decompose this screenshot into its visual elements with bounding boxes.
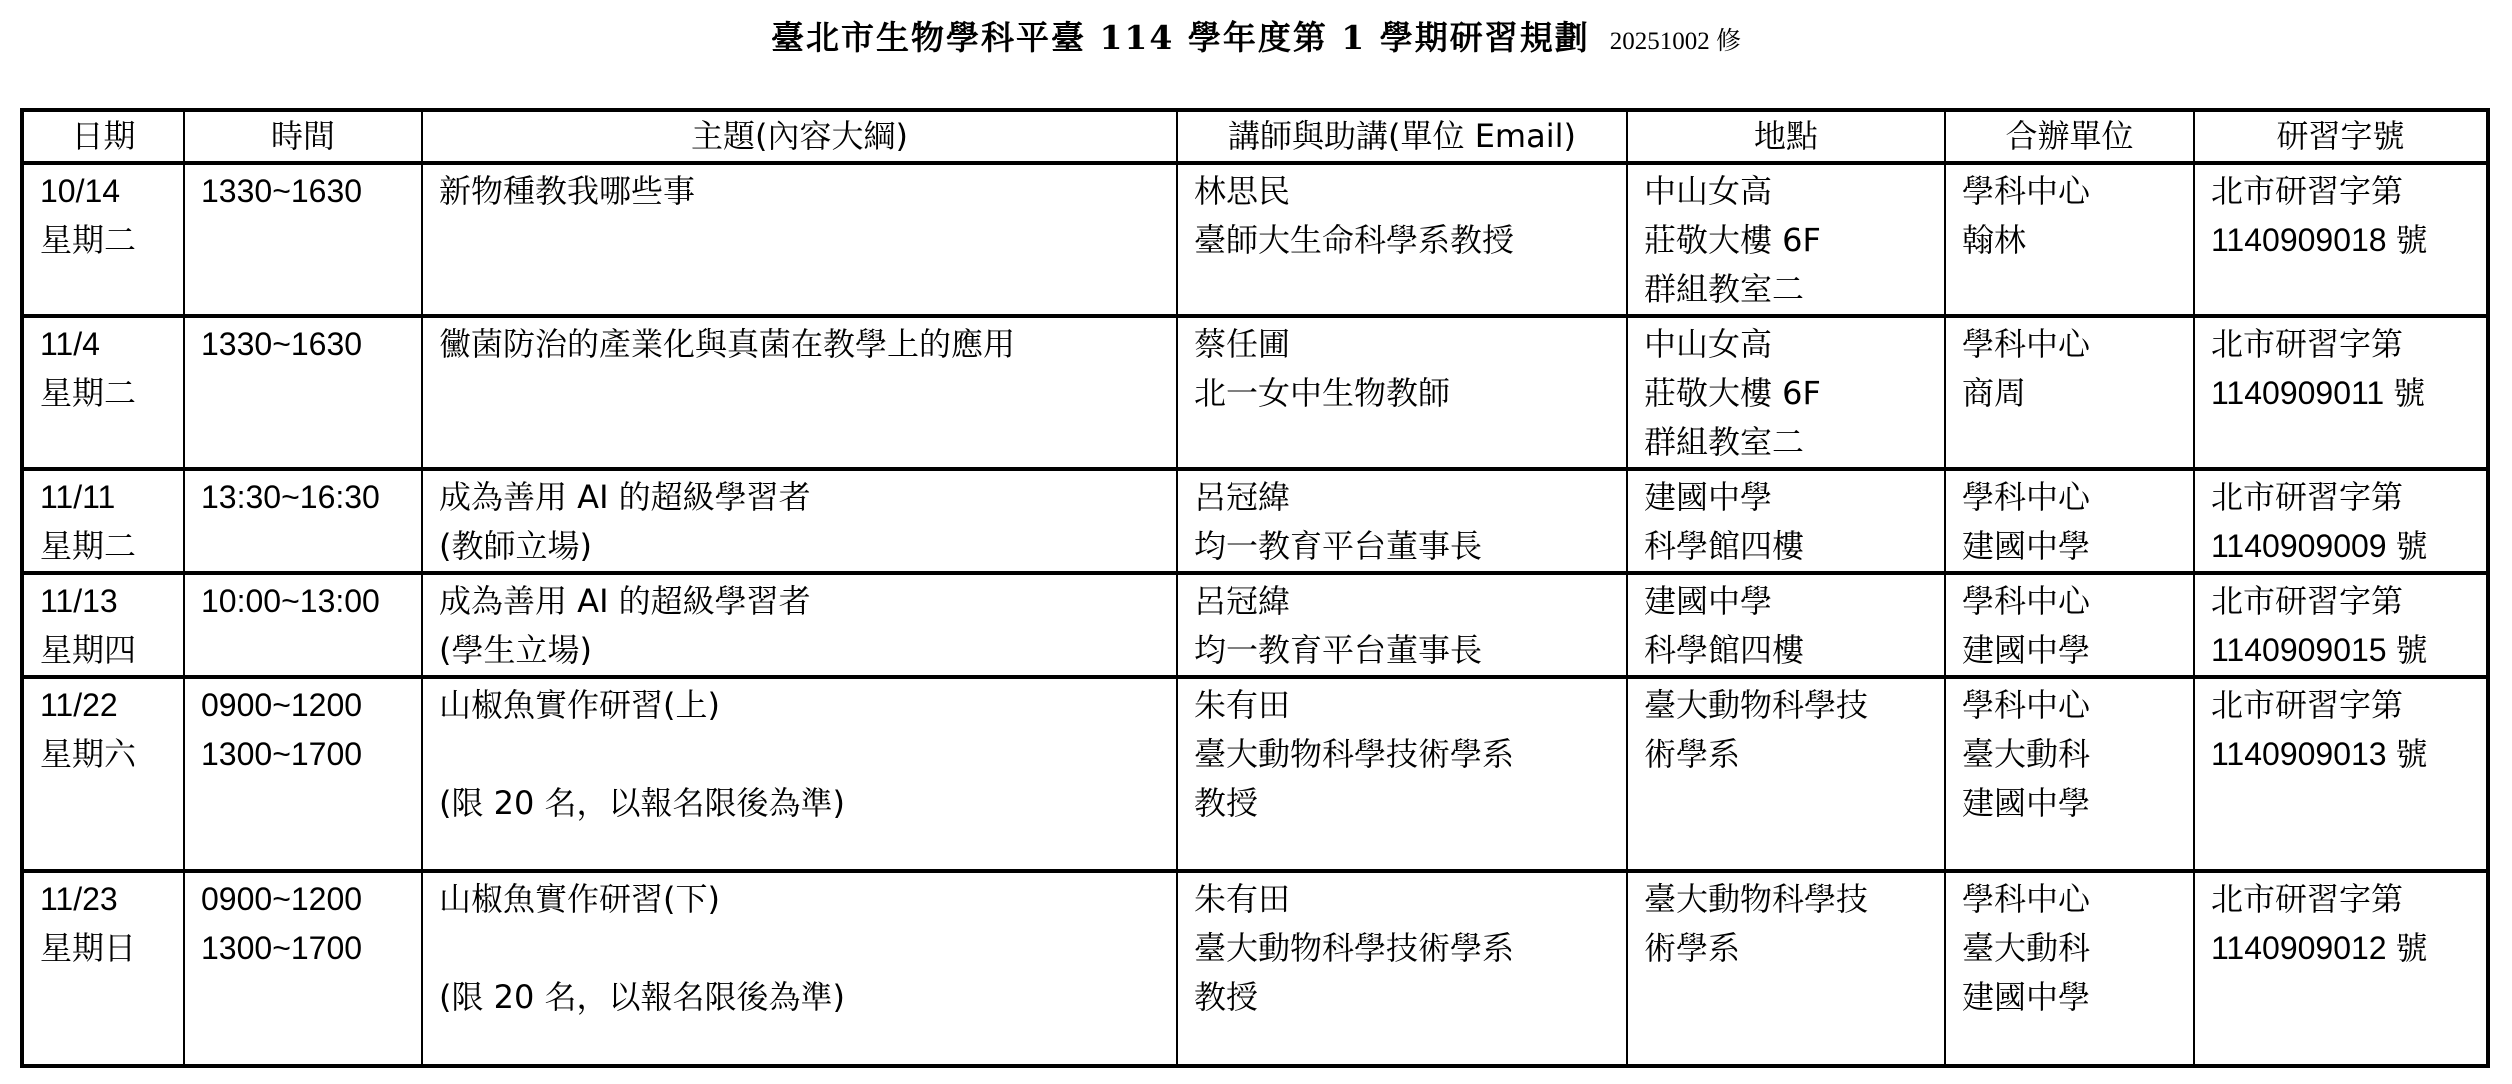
lecturer-name: 呂冠緯 bbox=[1194, 577, 1610, 626]
lecturer-title: 教授 bbox=[1194, 973, 1610, 1022]
cell-topic: 成為善用 AI 的超級學習者 (教師立場) bbox=[422, 469, 1177, 573]
cell-code: 北市研習字第 1140909011 號 bbox=[2194, 316, 2488, 469]
co-organizer-line: 學科中心 bbox=[1962, 681, 2177, 730]
table-row: 11/13 星期四 10:00~13:00 成為善用 AI 的超級學習者 (學生… bbox=[22, 573, 2488, 677]
table-row: 11/11 星期二 13:30~16:30 成為善用 AI 的超級學習者 (教師… bbox=[22, 469, 2488, 573]
topic-line: 新物種教我哪些事 bbox=[439, 167, 1160, 216]
cell-location: 臺大動物科學技 術學系 bbox=[1627, 677, 1945, 871]
time-value: 1300~1700 bbox=[201, 924, 405, 973]
lecturer-name: 朱有田 bbox=[1194, 681, 1610, 730]
co-organizer-line: 臺大動科 bbox=[1962, 730, 2177, 779]
lecturer-name: 蔡任圃 bbox=[1194, 320, 1610, 369]
cell-location: 臺大動物科學技 術學系 bbox=[1627, 871, 1945, 1066]
cell-time: 1330~1630 bbox=[184, 316, 422, 469]
cell-co-organizer: 學科中心 翰林 bbox=[1945, 163, 2194, 316]
co-organizer-line: 建國中學 bbox=[1962, 973, 2177, 1022]
cell-lecturer: 朱有田 臺大動物科學技術學系 教授 bbox=[1177, 677, 1627, 871]
co-organizer-line: 建國中學 bbox=[1962, 626, 2177, 675]
date-value: 10/14 bbox=[40, 167, 167, 216]
lecturer-name: 朱有田 bbox=[1194, 875, 1610, 924]
topic-line: 黴菌防治的產業化與真菌在教學上的應用 bbox=[439, 320, 1160, 369]
cell-lecturer: 朱有田 臺大動物科學技術學系 教授 bbox=[1177, 871, 1627, 1066]
location-line: 術學系 bbox=[1644, 730, 1928, 779]
co-organizer-line: 學科中心 bbox=[1962, 473, 2177, 522]
topic-line: (學生立場) bbox=[439, 626, 1160, 675]
lecturer-affiliation: 臺師大生命科學系教授 bbox=[1194, 216, 1610, 265]
location-line: 建國中學 bbox=[1644, 473, 1928, 522]
location-line: 建國中學 bbox=[1644, 577, 1928, 626]
cell-date: 11/23 星期日 bbox=[22, 871, 184, 1066]
co-organizer-line: 臺大動科 bbox=[1962, 924, 2177, 973]
cell-topic: 新物種教我哪些事 bbox=[422, 163, 1177, 316]
cell-date: 11/13 星期四 bbox=[22, 573, 184, 677]
time-value: 1330~1630 bbox=[201, 320, 405, 369]
cell-co-organizer: 學科中心 建國中學 bbox=[1945, 469, 2194, 573]
date-value: 11/4 bbox=[40, 320, 167, 369]
table-row: 11/22 星期六 0900~1200 1300~1700 山椒魚實作研習(上)… bbox=[22, 677, 2488, 871]
co-organizer-line: 建國中學 bbox=[1962, 779, 2177, 828]
table-header-row: 日期 時間 主題(內容大綱) 講師與助講(單位 Email) 地點 合辦單位 研… bbox=[22, 110, 2488, 163]
cell-location: 建國中學 科學館四樓 bbox=[1627, 573, 1945, 677]
location-line: 臺大動物科學技 bbox=[1644, 681, 1928, 730]
time-value: 1330~1630 bbox=[201, 167, 405, 216]
code-number: 1140909018 號 bbox=[2211, 216, 2470, 265]
lecturer-affiliation: 均一教育平台董事長 bbox=[1194, 522, 1610, 571]
header-code: 研習字號 bbox=[2194, 110, 2488, 163]
location-line: 臺大動物科學技 bbox=[1644, 875, 1928, 924]
topic-line: 成為善用 AI 的超級學習者 bbox=[439, 473, 1160, 522]
topic-spacer bbox=[439, 924, 1160, 973]
cell-date: 11/4 星期二 bbox=[22, 316, 184, 469]
header-co-organizer: 合辦單位 bbox=[1945, 110, 2194, 163]
topic-note: (限 20 名，以報名限後為準) bbox=[439, 779, 1160, 828]
lecturer-affiliation: 北一女中生物教師 bbox=[1194, 369, 1610, 418]
location-line: 群組教室二 bbox=[1644, 265, 1928, 314]
cell-date: 11/22 星期六 bbox=[22, 677, 184, 871]
location-line: 莊敬大樓 6F bbox=[1644, 216, 1928, 265]
location-line: 科學館四樓 bbox=[1644, 626, 1928, 675]
location-line: 中山女高 bbox=[1644, 320, 1928, 369]
location-line: 科學館四樓 bbox=[1644, 522, 1928, 571]
location-line: 術學系 bbox=[1644, 924, 1928, 973]
lecturer-affiliation: 臺大動物科學技術學系 bbox=[1194, 924, 1610, 973]
cell-lecturer: 呂冠緯 均一教育平台董事長 bbox=[1177, 469, 1627, 573]
topic-line: (教師立場) bbox=[439, 522, 1160, 571]
code-number: 1140909011 號 bbox=[2211, 369, 2470, 418]
cell-date: 11/11 星期二 bbox=[22, 469, 184, 573]
topic-line: 山椒魚實作研習(下) bbox=[439, 875, 1160, 924]
code-prefix: 北市研習字第 bbox=[2211, 320, 2470, 369]
location-line: 莊敬大樓 6F bbox=[1644, 369, 1928, 418]
cell-code: 北市研習字第 1140909018 號 bbox=[2194, 163, 2488, 316]
cell-location: 建國中學 科學館四樓 bbox=[1627, 469, 1945, 573]
code-number: 1140909013 號 bbox=[2211, 730, 2470, 779]
weekday-value: 星期二 bbox=[40, 216, 167, 265]
weekday-value: 星期日 bbox=[40, 924, 167, 973]
cell-co-organizer: 學科中心 商周 bbox=[1945, 316, 2194, 469]
cell-co-organizer: 學科中心 臺大動科 建國中學 bbox=[1945, 677, 2194, 871]
table-row: 11/4 星期二 1330~1630 黴菌防治的產業化與真菌在教學上的應用 蔡任… bbox=[22, 316, 2488, 469]
topic-spacer bbox=[439, 730, 1160, 779]
cell-date: 10/14 星期二 bbox=[22, 163, 184, 316]
co-organizer-line: 學科中心 bbox=[1962, 320, 2177, 369]
date-value: 11/22 bbox=[40, 681, 167, 730]
cell-location: 中山女高 莊敬大樓 6F 群組教室二 bbox=[1627, 316, 1945, 469]
topic-note: (限 20 名，以報名限後為準) bbox=[439, 973, 1160, 1022]
cell-time: 13:30~16:30 bbox=[184, 469, 422, 573]
cell-topic: 成為善用 AI 的超級學習者 (學生立場) bbox=[422, 573, 1177, 677]
code-prefix: 北市研習字第 bbox=[2211, 473, 2470, 522]
time-value: 1300~1700 bbox=[201, 730, 405, 779]
topic-line: 山椒魚實作研習(上) bbox=[439, 681, 1160, 730]
date-value: 11/13 bbox=[40, 577, 167, 626]
code-prefix: 北市研習字第 bbox=[2211, 167, 2470, 216]
table-row: 11/23 星期日 0900~1200 1300~1700 山椒魚實作研習(下)… bbox=[22, 871, 2488, 1066]
cell-topic: 黴菌防治的產業化與真菌在教學上的應用 bbox=[422, 316, 1177, 469]
document-title: 臺北市生物學科平臺 114 學年度第 1 學期研習規劃 bbox=[771, 12, 1590, 59]
co-organizer-line: 學科中心 bbox=[1962, 875, 2177, 924]
cell-time: 0900~1200 1300~1700 bbox=[184, 677, 422, 871]
cell-code: 北市研習字第 1140909015 號 bbox=[2194, 573, 2488, 677]
code-number: 1140909009 號 bbox=[2211, 522, 2470, 571]
lecturer-name: 林思民 bbox=[1194, 167, 1610, 216]
cell-code: 北市研習字第 1140909009 號 bbox=[2194, 469, 2488, 573]
cell-time: 0900~1200 1300~1700 bbox=[184, 871, 422, 1066]
cell-co-organizer: 學科中心 建國中學 bbox=[1945, 573, 2194, 677]
time-value: 13:30~16:30 bbox=[201, 473, 405, 522]
lecturer-affiliation: 均一教育平台董事長 bbox=[1194, 626, 1610, 675]
co-organizer-line: 建國中學 bbox=[1962, 522, 2177, 571]
co-organizer-line: 學科中心 bbox=[1962, 577, 2177, 626]
lecturer-title: 教授 bbox=[1194, 779, 1610, 828]
topic-line: 成為善用 AI 的超級學習者 bbox=[439, 577, 1160, 626]
header-time: 時間 bbox=[184, 110, 422, 163]
co-organizer-line: 翰林 bbox=[1962, 216, 2177, 265]
weekday-value: 星期二 bbox=[40, 369, 167, 418]
table-row: 10/14 星期二 1330~1630 新物種教我哪些事 林思民 臺師大生命科學… bbox=[22, 163, 2488, 316]
code-number: 1140909015 號 bbox=[2211, 626, 2470, 675]
header-date: 日期 bbox=[22, 110, 184, 163]
co-organizer-line: 商周 bbox=[1962, 369, 2177, 418]
co-organizer-line: 學科中心 bbox=[1962, 167, 2177, 216]
code-prefix: 北市研習字第 bbox=[2211, 681, 2470, 730]
cell-topic: 山椒魚實作研習(下) (限 20 名，以報名限後為準) bbox=[422, 871, 1177, 1066]
date-value: 11/11 bbox=[40, 473, 167, 522]
cell-code: 北市研習字第 1140909012 號 bbox=[2194, 871, 2488, 1066]
cell-co-organizer: 學科中心 臺大動科 建國中學 bbox=[1945, 871, 2194, 1066]
code-number: 1140909012 號 bbox=[2211, 924, 2470, 973]
revision-note: 20251002 修 bbox=[1610, 21, 1741, 57]
weekday-value: 星期六 bbox=[40, 730, 167, 779]
code-prefix: 北市研習字第 bbox=[2211, 875, 2470, 924]
lecturer-affiliation: 臺大動物科學技術學系 bbox=[1194, 730, 1610, 779]
header-topic: 主題(內容大綱) bbox=[422, 110, 1177, 163]
code-prefix: 北市研習字第 bbox=[2211, 577, 2470, 626]
lecturer-name: 呂冠緯 bbox=[1194, 473, 1610, 522]
weekday-value: 星期四 bbox=[40, 626, 167, 675]
cell-code: 北市研習字第 1140909013 號 bbox=[2194, 677, 2488, 871]
time-value: 0900~1200 bbox=[201, 875, 405, 924]
document-header: 臺北市生物學科平臺 114 學年度第 1 學期研習規劃 20251002 修 bbox=[0, 12, 2512, 64]
cell-time: 1330~1630 bbox=[184, 163, 422, 316]
header-lecturer: 講師與助講(單位 Email) bbox=[1177, 110, 1627, 163]
weekday-value: 星期二 bbox=[40, 522, 167, 571]
date-value: 11/23 bbox=[40, 875, 167, 924]
cell-lecturer: 林思民 臺師大生命科學系教授 bbox=[1177, 163, 1627, 316]
time-value: 0900~1200 bbox=[201, 681, 405, 730]
header-location: 地點 bbox=[1627, 110, 1945, 163]
cell-location: 中山女高 莊敬大樓 6F 群組教室二 bbox=[1627, 163, 1945, 316]
cell-topic: 山椒魚實作研習(上) (限 20 名，以報名限後為準) bbox=[422, 677, 1177, 871]
cell-lecturer: 呂冠緯 均一教育平台董事長 bbox=[1177, 573, 1627, 677]
location-line: 中山女高 bbox=[1644, 167, 1928, 216]
cell-lecturer: 蔡任圃 北一女中生物教師 bbox=[1177, 316, 1627, 469]
workshop-schedule-table: 日期 時間 主題(內容大綱) 講師與助講(單位 Email) 地點 合辦單位 研… bbox=[20, 108, 2490, 1068]
time-value: 10:00~13:00 bbox=[201, 577, 405, 626]
location-line: 群組教室二 bbox=[1644, 418, 1928, 467]
cell-time: 10:00~13:00 bbox=[184, 573, 422, 677]
